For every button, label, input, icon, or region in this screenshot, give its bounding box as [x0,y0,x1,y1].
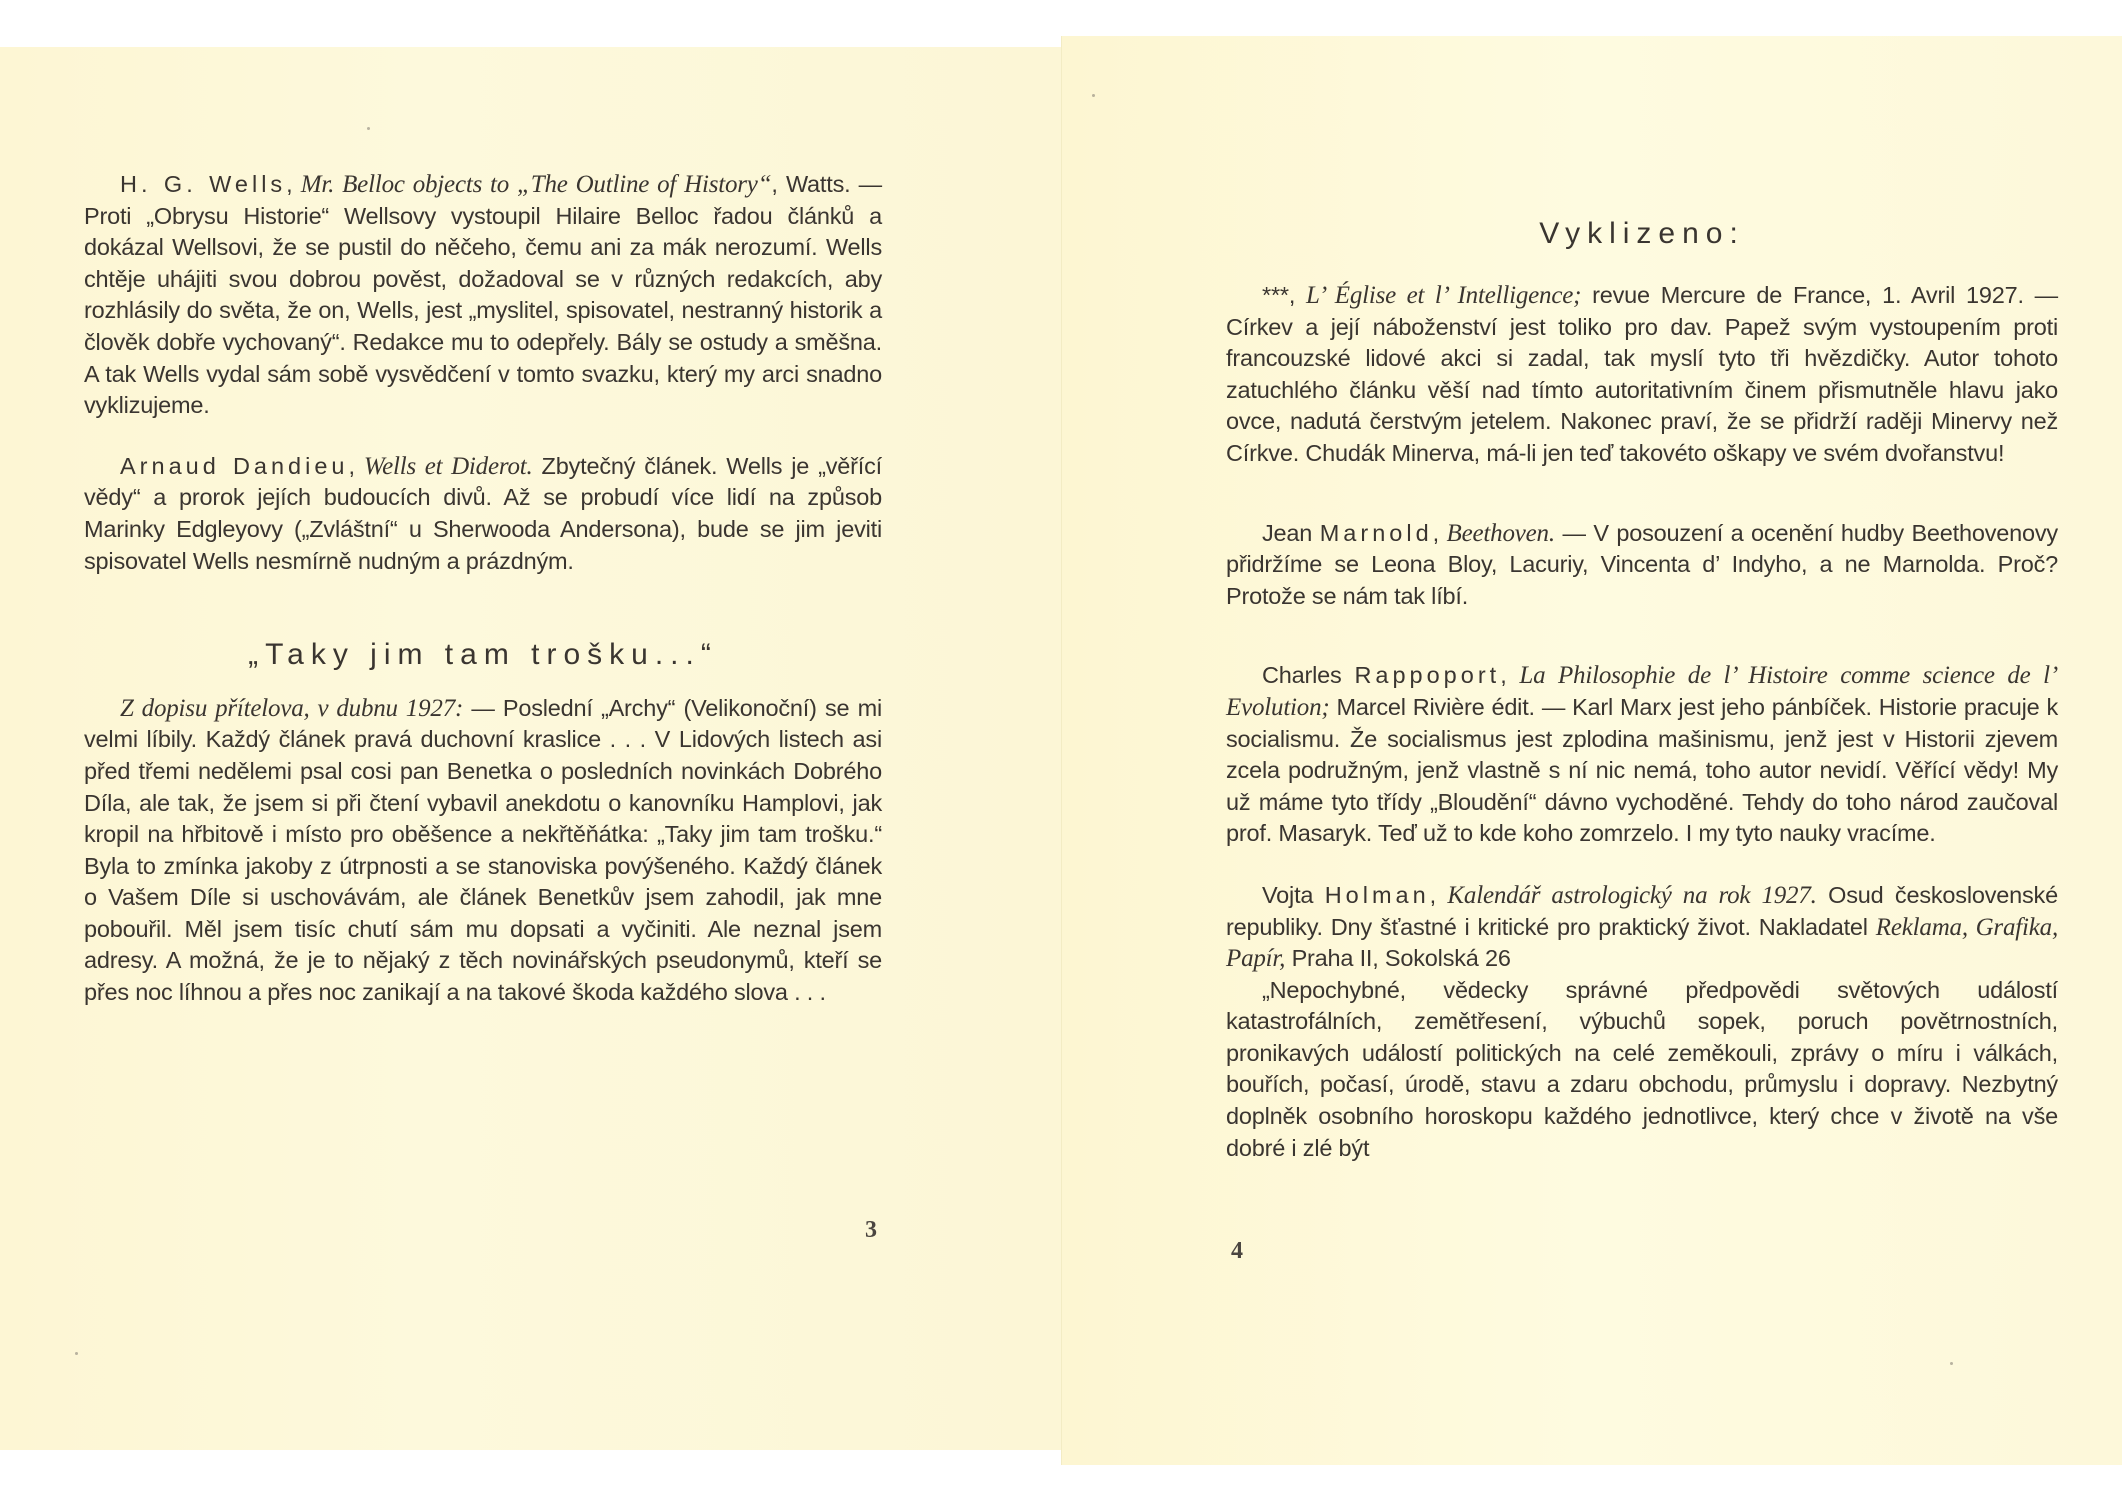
paper-speck [367,127,370,130]
left-page: H. G. Wells, Mr. Belloc objects to „The … [0,47,1061,1450]
author-name: Marnold [1320,520,1433,546]
review-body: , Watts. — Proti „Obrysu Historie“ Wells… [84,171,882,418]
paper-speck [75,1352,78,1355]
section-heading: Vyklizeno: [1226,218,2058,250]
work-title: Wells et Diderot. [364,453,533,480]
author-name: Arnaud Dandieu [120,453,349,479]
work-title: Beethoven. [1447,520,1555,547]
review-body: Marcel Rivière édit. — Karl Marx jest je… [1226,694,2058,846]
author-name: *** [1262,282,1289,308]
paper-speck [1950,1362,1953,1365]
section-heading: „Taky jim tam trošku...“ [84,639,882,671]
page-number: 3 [865,1217,877,1244]
right-text-column: Vyklizeno: ***, L’ Église et l’ Intellig… [1226,248,2058,1164]
author-name: Rappoport [1354,662,1500,688]
review-marnold: Jean Marnold, Beethoven. — V posouzení a… [1226,518,2058,613]
work-title: L’ Église et l’ Intelligence; [1306,282,1581,309]
review-rappoport: Charles Rappoport, La Philosophie de l’ … [1226,660,2058,850]
work-title: Kalendář astrologický na rok 1927. [1447,882,1816,909]
left-text-column: H. G. Wells, Mr. Belloc objects to „The … [84,169,882,1009]
review-dandieu: Arnaud Dandieu, Wells et Diderot. Zbyteč… [84,451,882,577]
review-wells: H. G. Wells, Mr. Belloc objects to „The … [84,169,882,422]
author-name: H. G. Wells [120,171,286,197]
letter-lead: Z dopisu přítelova, v dubnu 1927: [120,695,463,722]
letter-excerpt: Z dopisu přítelova, v dubnu 1927: — Posl… [84,693,882,1009]
right-page: Vyklizeno: ***, L’ Église et l’ Intellig… [1061,36,2122,1465]
publisher-address: Praha II, Sokolská 26 [1285,945,1511,971]
calendar-quote: „Nepochybné, vědecky správné předpovědi … [1226,975,2058,1165]
page-number: 4 [1231,1238,1243,1265]
review-body: revue Mercure de France, 1. Avril 1927. … [1226,282,2058,466]
review-eglise: ***, L’ Église et l’ Intelligence; revue… [1226,280,2058,470]
review-holman: Vojta Holman, Kalendář astrologický na r… [1226,880,2058,975]
work-title: Mr. Belloc objects to „The Outline of Hi… [301,171,772,198]
paper-speck [1092,94,1095,97]
letter-body: — Poslední „Archy“ (Velikonoční) se mi v… [84,695,882,1005]
author-name: Holman [1325,882,1430,908]
